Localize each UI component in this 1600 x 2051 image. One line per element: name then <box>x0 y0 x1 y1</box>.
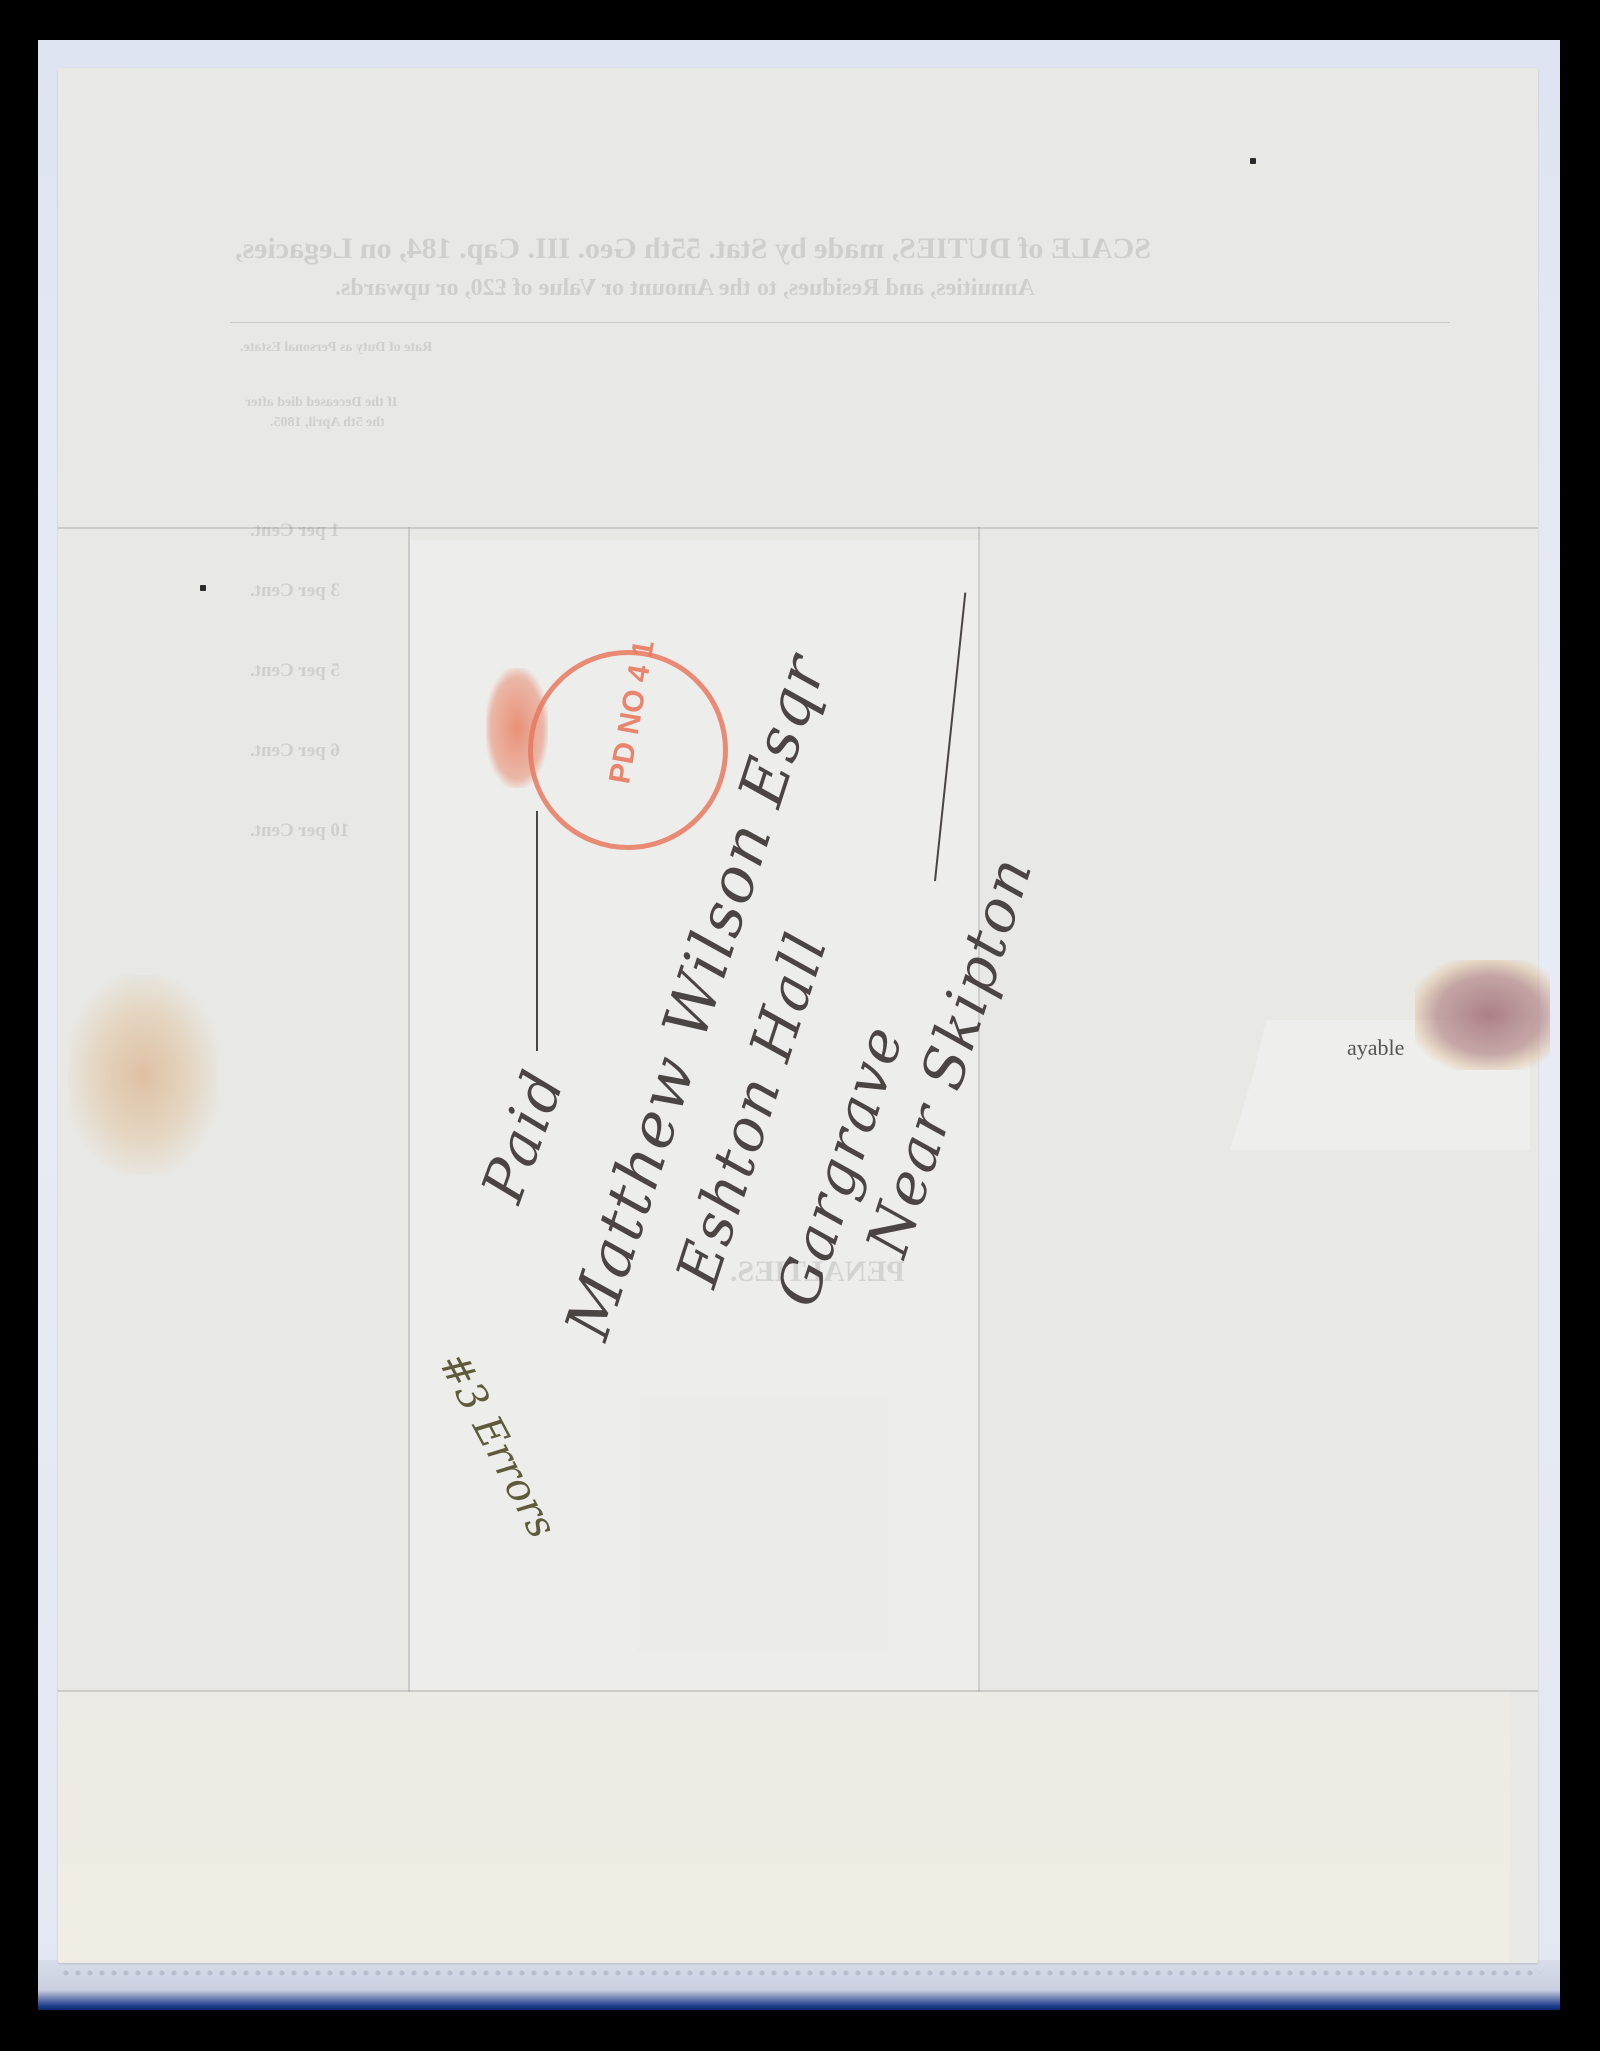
ink-spot <box>1250 158 1256 164</box>
show-through-subheading: Annuities, and Residues, to the Amount o… <box>335 275 1035 302</box>
wax-seal-stain <box>1415 960 1550 1070</box>
show-through-rate: 1 per Cent. <box>250 520 340 542</box>
fold-line <box>58 1690 1538 1692</box>
letter-lower-panel <box>58 1690 1510 1962</box>
show-through-col-3: the 5th April, 1805. <box>270 415 385 431</box>
show-through-rate: 10 per Cent. <box>250 820 349 842</box>
foxing-stain <box>68 975 218 1175</box>
sleeve-perforation <box>60 1968 1540 1978</box>
show-through-rate: 6 per Cent. <box>250 740 340 762</box>
show-through-col-1: Rate of Duty as Personal Estate. <box>240 340 432 356</box>
show-through-rate: 3 per Cent. <box>250 580 340 602</box>
fold-line <box>408 527 410 1692</box>
show-through-col-2: If the Deceased died after <box>245 395 397 411</box>
show-through-rate: 5 per Cent. <box>250 660 340 682</box>
fold-line <box>978 527 980 1692</box>
flap-text: ayable <box>1347 1035 1404 1061</box>
address-underline <box>536 811 538 1051</box>
ink-spot <box>200 585 206 591</box>
show-through-heading: SCALE of DUTIES, made by Stat. 55th Geo.… <box>235 232 1151 266</box>
show-through-rule <box>230 322 1450 323</box>
